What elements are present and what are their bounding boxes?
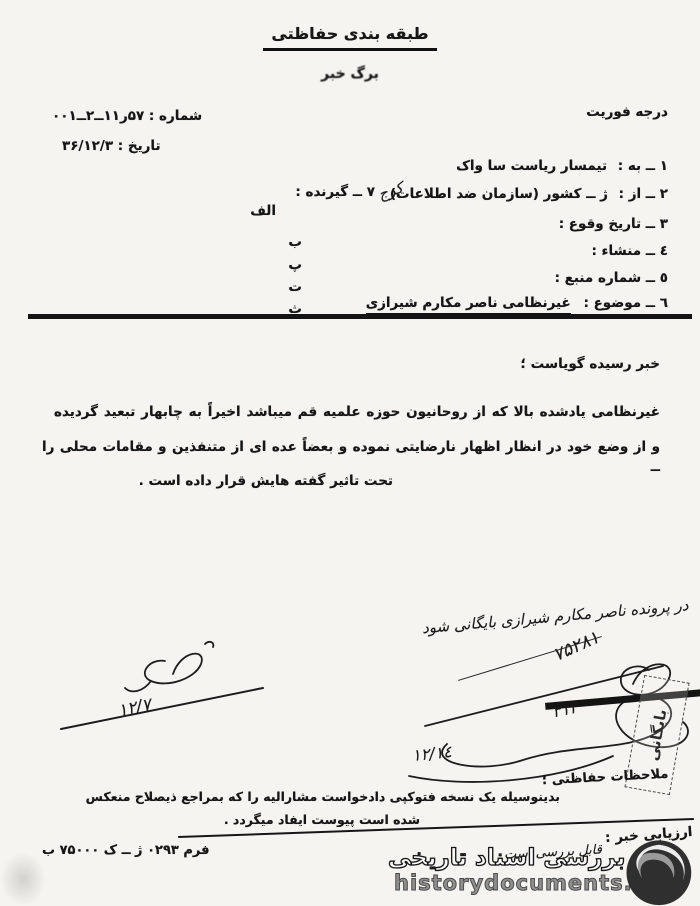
number-label: شماره : xyxy=(149,108,202,124)
date-label: تاریخ : xyxy=(118,138,161,154)
recipient-option-te: ت xyxy=(288,279,302,295)
field-origin-label: ٤ ــ منشاء : xyxy=(591,243,668,259)
recipient-option-alef: الف xyxy=(250,203,276,219)
scanned-document: طبقه بندی حفاظتی برگ خبر درجه فوریت شمار… xyxy=(0,0,700,906)
field-origin: ٤ ــ منشاء : xyxy=(591,243,668,259)
field-source-number-label: ٥ ــ شماره منبع : xyxy=(555,270,668,286)
watermark-logo-icon xyxy=(614,836,700,906)
field-event-date: ۳ ــ تاریخ وقوع : xyxy=(559,216,668,232)
document-number: شماره : ۵۷ر۱۱ــ۲ــ۰۰۱ xyxy=(52,108,202,124)
field-to: ۱ ــ به : تیمسار ریاست سا واک xyxy=(456,158,668,174)
report-line1: غیرنظامی یادشده بالا که از روحانیون حوزه… xyxy=(54,402,660,422)
remarks-line1: بدینوسیله یک نسخه فتوکپی دادخواست مشارال… xyxy=(86,789,560,804)
classification-header: طبقه بندی حفاظتی xyxy=(0,24,700,43)
field-from-label: ۲ ــ از : xyxy=(619,186,668,202)
form-title: برگ خبر xyxy=(0,66,700,82)
field-from: ۲ ــ از : ژ ــ کشور (سازمان ضد اطلاعات) xyxy=(390,186,668,202)
number-value: ۵۷ر۱۱ــ۲ــ۰۰۱ xyxy=(52,108,144,124)
field-source-number: ٥ ــ شماره منبع : xyxy=(555,270,668,286)
date-value: ۳۶/۱۲/۳ xyxy=(62,138,113,154)
field-subject-label: ٦ ــ موضوع : xyxy=(583,295,668,311)
section-divider-rule xyxy=(28,314,692,319)
field-subject-value: غیرنظامی ناصر مکارم شیرازی xyxy=(366,295,571,315)
field-from-value: ژ ــ کشور (سازمان ضد اطلاعات) xyxy=(390,186,608,202)
document-date: تاریخ : ۳۶/۱۲/۳ xyxy=(62,138,161,154)
report-line2: و از وضع خود در انظار اظهار نارضایتی نمو… xyxy=(42,437,660,477)
field-subject: ٦ ــ موضوع : غیرنظامی ناصر مکارم شیرازی xyxy=(366,295,668,311)
report-line3: تحت تاثیر گفته هایش قرار داده است . xyxy=(139,473,393,489)
left-signature xyxy=(55,632,270,737)
recipient-option-pe: پ xyxy=(288,257,302,273)
urgency-label: درجه فوریت xyxy=(586,104,668,120)
report-intro: خبر رسیده گویاست ؛ xyxy=(521,356,660,372)
recipient-label: ۷ ــ گیرنده : xyxy=(295,184,375,200)
recipient-option-be: ب xyxy=(288,234,302,250)
scan-smudge xyxy=(0,852,46,906)
field-event-date-label: ۳ ــ تاریخ وقوع : xyxy=(559,216,668,232)
form-number: فرم ۰۲۹۳ ژ ــ ک ۷۵۰۰۰ ب xyxy=(42,843,209,858)
handwritten-filing-note: در پرونده ناصر مکارم شیرازی بایگانی شود xyxy=(421,596,689,637)
field-to-value: تیمسار ریاست سا واک xyxy=(456,158,607,174)
field-to-label: ۱ ــ به : xyxy=(618,158,668,174)
remarks-line2: شده است پیوست ایفاد میگردد . xyxy=(224,812,420,827)
archive-stamp-text: بایگانی xyxy=(644,708,671,762)
classification-text: طبقه بندی حفاظتی xyxy=(263,24,436,51)
